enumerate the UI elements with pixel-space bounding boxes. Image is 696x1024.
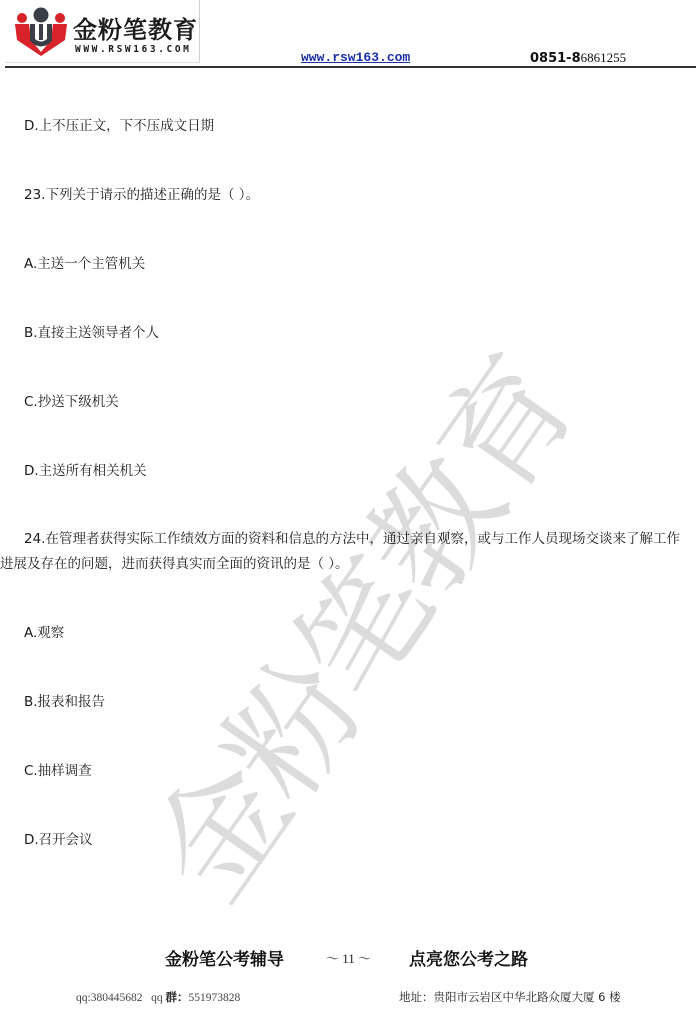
question-24-option-c: C.抽样调查	[24, 761, 92, 781]
qq-number: 380445682	[91, 992, 143, 1004]
qq-contact: qq:380445682 qq 群：551973828	[76, 989, 240, 1005]
phone-prefix: 0851-8	[530, 51, 581, 66]
question-23-option-c: C.抄送下级机关	[24, 392, 119, 412]
address: 地址：贵阳市云岩区中华北路众厦大厦 6 楼	[399, 989, 621, 1005]
question-24-option-b: B.报表和报告	[24, 692, 105, 712]
page-header: 金粉笔教育 WWW.RSW163.COM www.rsw163.com 0851…	[0, 0, 696, 70]
logo: 金粉笔教育 WWW.RSW163.COM	[5, 0, 200, 63]
watermark: 金粉笔教育	[121, 324, 609, 937]
question-24-option-d: D.召开会议	[24, 830, 93, 850]
logo-url: WWW.RSW163.COM	[75, 44, 191, 55]
education-logo-icon	[13, 6, 69, 56]
footer-contact: qq:380445682 qq 群：551973828 地址：贵阳市云岩区中华北…	[0, 989, 696, 1005]
logo-name: 金粉笔教育	[73, 10, 198, 45]
question-23-option-d: D.主送所有相关机关	[24, 461, 147, 481]
qq-group-number: 551973828	[188, 992, 240, 1004]
header-divider	[5, 66, 696, 68]
website-link[interactable]: www.rsw163.com	[301, 50, 410, 65]
question-23-stem: 23.下列关于请示的描述正确的是（ ）。	[24, 185, 259, 205]
footer-slogan-right: 点亮您公考之路	[409, 945, 528, 970]
question-24-stem: 24.在管理者获得实际工作绩效方面的资料和信息的方法中，通过亲自观察，或与工作人…	[0, 527, 690, 577]
previous-option-d: D.上不压正文，下不压成文日期	[24, 116, 214, 136]
page-number: ～ 11 ～	[326, 948, 371, 967]
footer-slogan-left: 金粉笔公考辅导	[165, 945, 284, 970]
phone-number: 0851-86861255	[530, 50, 626, 66]
phone-rest: 6861255	[581, 50, 627, 65]
question-24-option-a: A.观察	[24, 623, 64, 643]
page-footer: 金粉笔公考辅导 ～ 11 ～ 点亮您公考之路	[0, 945, 696, 969]
question-23-option-b: B.直接主送领导者个人	[24, 323, 159, 343]
question-23-option-a: A.主送一个主管机关	[24, 254, 145, 274]
